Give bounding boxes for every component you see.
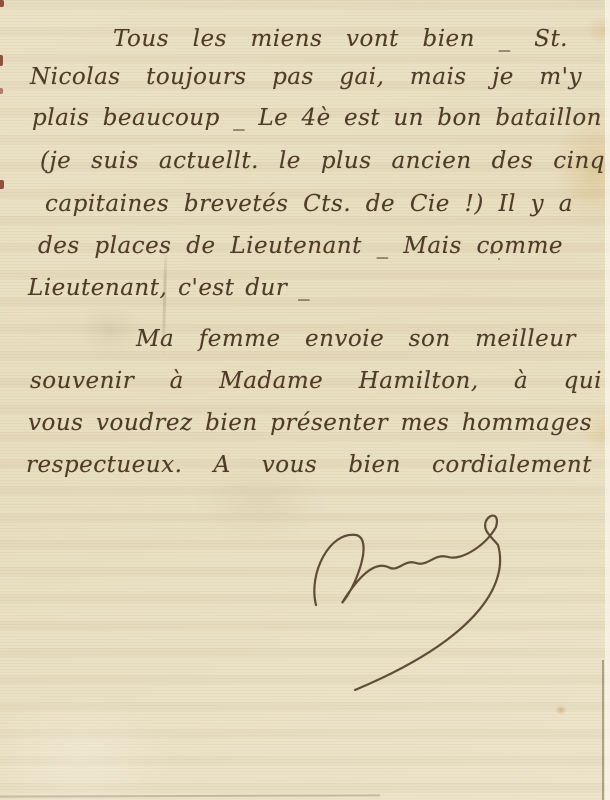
letter-line-7: Lieutenant, c'est dur _ [28,273,310,303]
letter-line-8: Ma femme envoie son meilleur [136,324,576,354]
ink-speck [498,258,500,260]
ink-speck [490,251,493,254]
left-edge-mark [0,55,3,66]
letter-line-4: (je suis actuellt. le plus ancien des ci… [40,146,605,176]
scan-edge-right [605,0,610,800]
letter-line-3: plais beaucoup _ Le 4è est un bon batail… [32,103,602,133]
letter-line-1: Tous les miens vont bien _ St. [113,24,568,54]
left-edge-mark [0,0,4,7]
letter-line-6: des places de Lieutenant _ Mais comme [38,231,563,261]
scan-edge-right-dark [602,660,604,800]
signature [300,505,530,700]
left-edge-mark [0,88,3,94]
left-edge-mark [0,180,4,189]
letter-line-5: capitaines brevetés Cts. de Cie !) Il y … [45,189,573,219]
letter-line-2: Nicolas toujours pas gai, mais je m'y [30,62,582,92]
letter-line-10: vous voudrez bien présenter mes hommages [28,408,592,438]
letter-line-11: respectueux. A vous bien cordialement [26,450,592,480]
letter-line-9: souvenir à Madame Hamilton, à qui [30,366,602,396]
paper-bottom-fold [0,794,380,797]
letter-paper: Tous les miens vont bien _ St. Nicolas t… [0,0,610,800]
